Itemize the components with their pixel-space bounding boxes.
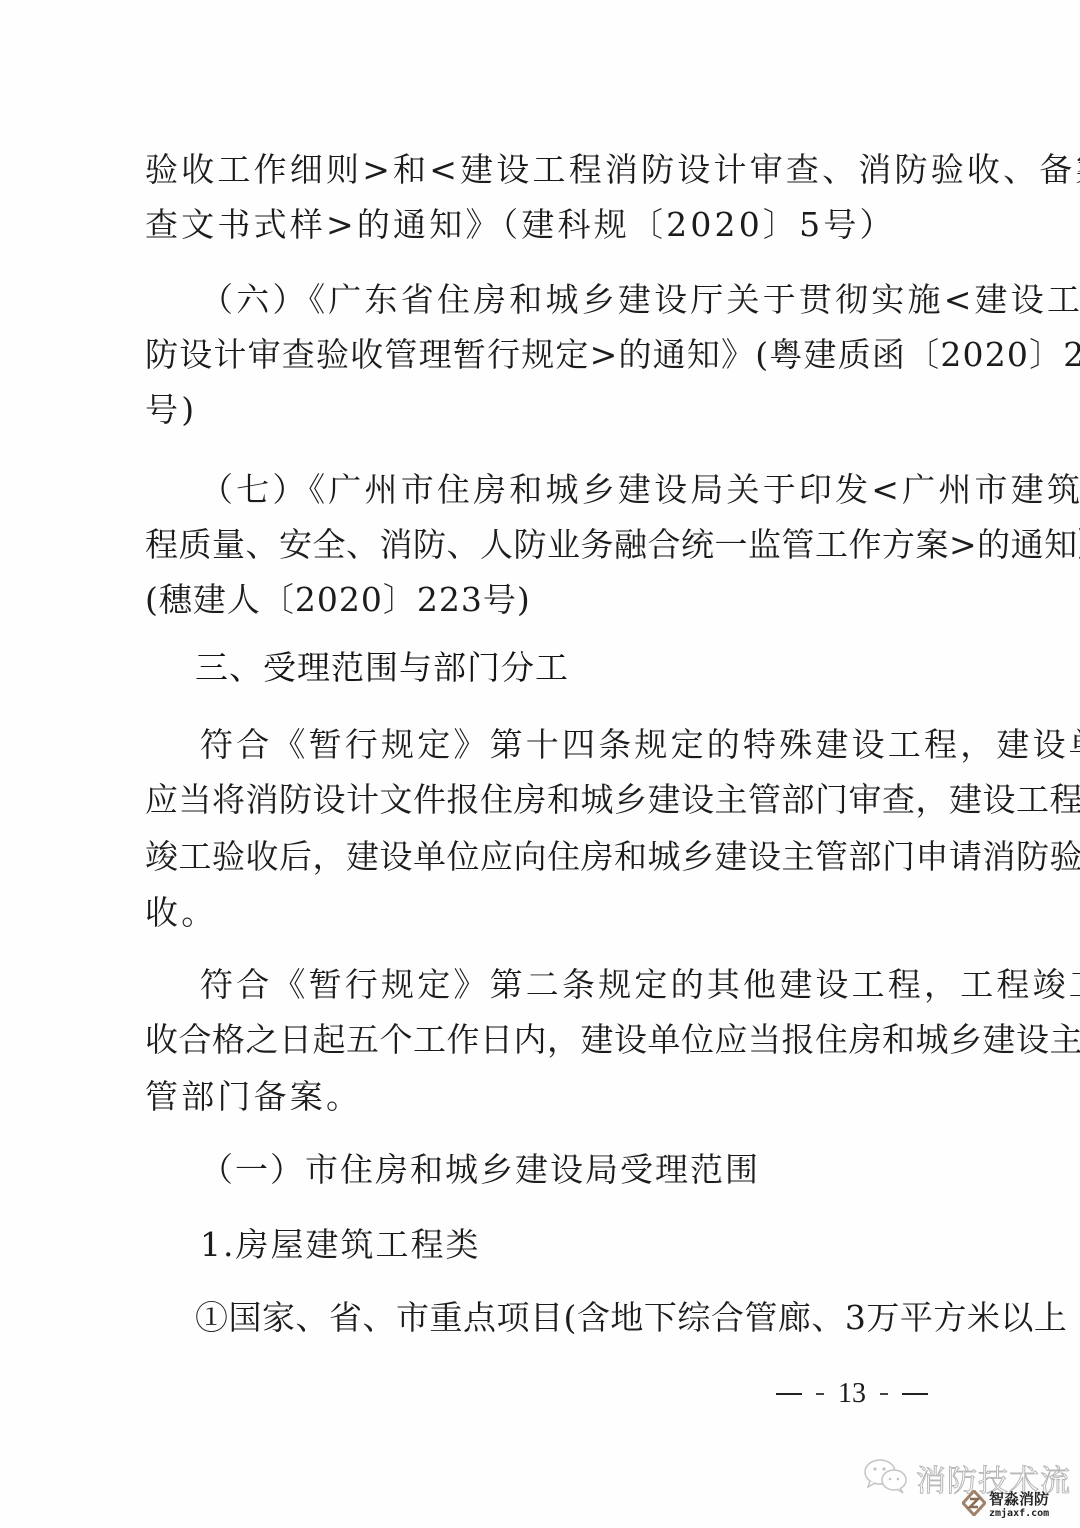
document-page: 验收工作细则>和<建设工程消防设计审查、消防验收、备案和抽 查文书式样>的通知》… (0, 0, 1080, 1528)
reference-item-6: （六）《广东省住房和城乡建设厅关于贯彻实施<建设工程消 (200, 280, 955, 320)
paragraph-line: 竣工验收后，建设单位应向住房和城乡建设主管部门申请消防验 (145, 837, 955, 877)
page-number-value: 13 (838, 1376, 866, 1412)
subsection-heading: （一）市住房和城乡建设局受理范围 (200, 1150, 955, 1190)
brand-name: 智淼消防 (989, 1492, 1049, 1507)
dash-decoration (902, 1393, 928, 1395)
paragraph-line: 符合《暂行规定》第十四条规定的特殊建设工程，建设单位 (200, 725, 955, 765)
page-number: 13 (776, 1376, 928, 1412)
list-item: ①国家、省、市重点项目(含地下综合管廊、3万平方米以上 (195, 1298, 955, 1338)
paragraph-line: 查文书式样>的通知》（建科规〔2020〕5号） (145, 205, 955, 245)
brand-logo-icon (962, 1490, 986, 1520)
dash-decoration (816, 1393, 824, 1395)
reference-item-7: （七）《广州市住房和城乡建设局关于印发<广州市建筑工 (200, 470, 955, 510)
category-heading: 1.房屋建筑工程类 (200, 1225, 955, 1265)
paragraph-line: 验收工作细则>和<建设工程消防设计审查、消防验收、备案和抽 (145, 150, 955, 190)
paragraph-line: 防设计审查验收管理暂行规定>的通知》(粤建质函〔2020〕228 (145, 335, 955, 375)
brand-watermark: 智淼消防 zmjaxf.com (962, 1490, 1049, 1520)
dash-decoration (880, 1393, 888, 1395)
brand-url: zmjaxf.com (989, 1509, 1049, 1519)
dash-decoration (776, 1393, 802, 1395)
paragraph-line: (穗建人〔2020〕223号) (145, 580, 955, 620)
paragraph-line: 管部门备案。 (145, 1077, 955, 1117)
paragraph-line: 收。 (145, 893, 955, 933)
section-heading: 三、受理范围与部门分工 (195, 648, 569, 688)
paragraph-line: 应当将消防设计文件报住房和城乡建设主管部门审查，建设工程 (145, 780, 955, 820)
paragraph-line: 程质量、安全、消防、人防业务融合统一监管工作方案>的通知》 (145, 525, 955, 565)
paragraph-line: 符合《暂行规定》第二条规定的其他建设工程，工程竣工验 (200, 965, 955, 1005)
paragraph-line: 号) (145, 390, 955, 430)
paragraph-line: 收合格之日起五个工作日内，建设单位应当报住房和城乡建设主 (145, 1020, 955, 1060)
wechat-icon (862, 1457, 910, 1499)
